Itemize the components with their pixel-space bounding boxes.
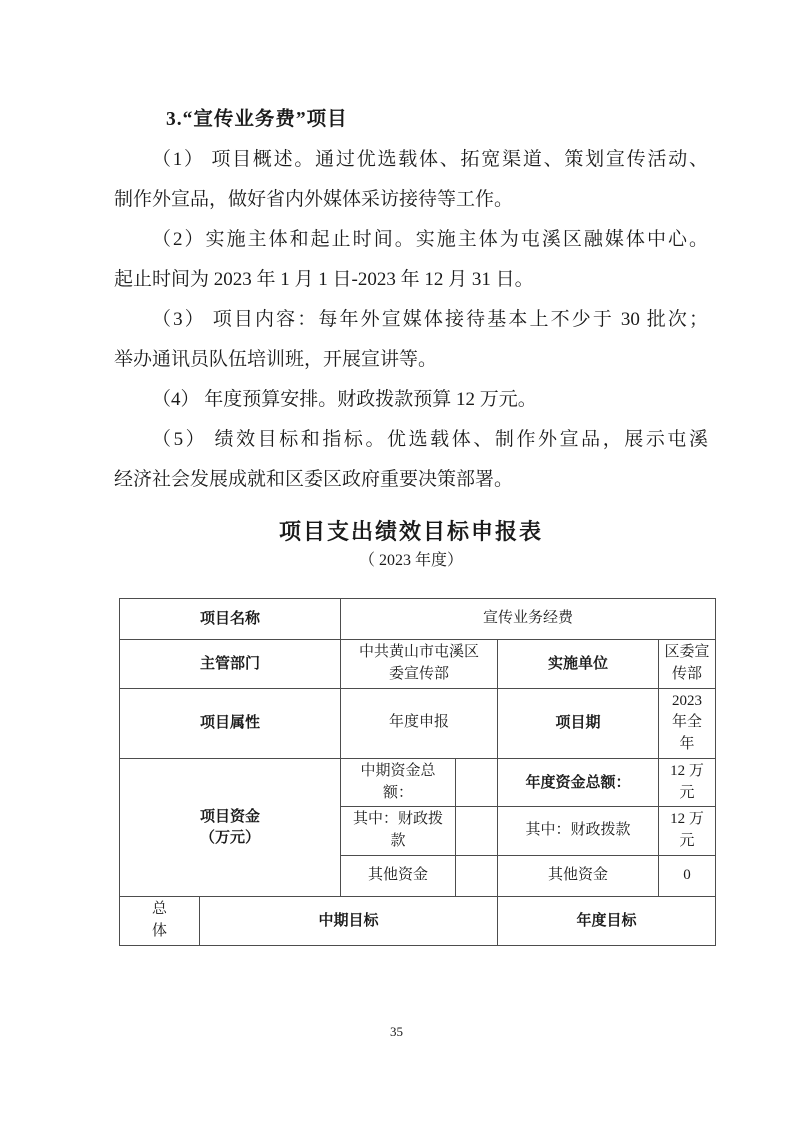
row-attribute: 项目属性 年度申报 项目期 2023 年全 年 <box>120 688 716 758</box>
funds-label: 项目资金 （万元） <box>120 758 341 896</box>
paragraph-line: （5） 绩效目标和指标。优选载体、制作外宣品，展示屯溪 <box>114 420 708 460</box>
annual-fiscal-value: 12 万 元 <box>659 807 716 856</box>
annual-total-label: 年度资金总额： <box>498 758 659 807</box>
row-mid-total: 项目资金 （万元） 中期资金总 额： 年度资金总额： 12 万 元 <box>120 758 716 807</box>
impl-unit-label: 实施单位 <box>498 640 659 689</box>
mid-total-label: 中期资金总 额： <box>341 758 456 807</box>
period-label: 项目期 <box>498 688 659 758</box>
project-name-label: 项目名称 <box>120 599 341 640</box>
attribute-value: 年度申报 <box>341 688 498 758</box>
paragraph-4: （4） 年度预算安排。财政拨款预算 12 万元。 <box>114 380 708 420</box>
paragraph-line: （1） 项目概述。通过优选载体、拓宽渠道、策划宣传活动、 <box>114 140 708 180</box>
row-department: 主管部门 中共黄山市屯溪区 委宣传部 实施单位 区委宣 传部 <box>120 640 716 689</box>
annual-other-label: 其他资金 <box>498 855 659 896</box>
mid-fiscal-value-empty <box>456 807 498 856</box>
paragraph-line: （3） 项目内容：每年外宣媒体接待基本上不少于 30 批次； <box>114 300 708 340</box>
row-project-name: 项目名称 宣传业务经费 <box>120 599 716 640</box>
paragraph-1: （1） 项目概述。通过优选载体、拓宽渠道、策划宣传活动、 制作外宣品，做好省内外… <box>114 140 708 220</box>
document-page: 3.“宣传业务费”项目 （1） 项目概述。通过优选载体、拓宽渠道、策划宣传活动、… <box>0 0 793 1122</box>
performance-target-form: 项目名称 宣传业务经费 主管部门 中共黄山市屯溪区 委宣传部 实施单位 区委宣 … <box>119 598 716 946</box>
paragraph-line: 举办通讯员队伍培训班，开展宣讲等。 <box>114 340 708 380</box>
paragraph-line: 制作外宣品，做好省内外媒体采访接待等工作。 <box>114 180 708 220</box>
mid-total-value-empty <box>456 758 498 807</box>
department-value: 中共黄山市屯溪区 委宣传部 <box>341 640 498 689</box>
form-title: 项目支出绩效目标申报表 <box>114 516 708 548</box>
annual-goal-label: 年度目标 <box>498 896 716 945</box>
paragraph-line: （2）实施主体和起止时间。实施主体为屯溪区融媒体中心。 <box>114 220 708 260</box>
paragraph-2: （2）实施主体和起止时间。实施主体为屯溪区融媒体中心。 起止时间为 2023 年… <box>114 220 708 300</box>
annual-other-value: 0 <box>659 855 716 896</box>
section-heading: 3.“宣传业务费”项目 <box>114 100 708 140</box>
paragraph-line: 起止时间为 2023 年 1 月 1 日-2023 年 12 月 31 日。 <box>114 260 708 300</box>
row-overall-goals: 总 体 中期目标 年度目标 <box>120 896 716 945</box>
annual-total-value: 12 万 元 <box>659 758 716 807</box>
paragraph-3: （3） 项目内容：每年外宣媒体接待基本上不少于 30 批次； 举办通讯员队伍培训… <box>114 300 708 380</box>
paragraph-5: （5） 绩效目标和指标。优选载体、制作外宣品，展示屯溪 经济社会发展成就和区委区… <box>114 420 708 500</box>
project-name-value: 宣传业务经费 <box>341 599 716 640</box>
form-subtitle: （ 2023 年度） <box>114 548 708 574</box>
department-label: 主管部门 <box>120 640 341 689</box>
mid-fiscal-label: 其中：财政拨 款 <box>341 807 456 856</box>
mid-goal-label: 中期目标 <box>200 896 498 945</box>
period-value: 2023 年全 年 <box>659 688 716 758</box>
impl-unit-value: 区委宣 传部 <box>659 640 716 689</box>
attribute-label: 项目属性 <box>120 688 341 758</box>
annual-fiscal-label: 其中：财政拨款 <box>498 807 659 856</box>
paragraph-line: 经济社会发展成就和区委区政府重要决策部署。 <box>114 460 708 500</box>
paragraph-line: （4） 年度预算安排。财政拨款预算 12 万元。 <box>114 380 708 420</box>
document-content: 3.“宣传业务费”项目 （1） 项目概述。通过优选载体、拓宽渠道、策划宣传活动、… <box>114 100 708 946</box>
mid-other-value-empty <box>456 855 498 896</box>
overall-label: 总 体 <box>120 896 200 945</box>
page-number: 35 <box>0 1024 793 1040</box>
mid-other-label: 其他资金 <box>341 855 456 896</box>
